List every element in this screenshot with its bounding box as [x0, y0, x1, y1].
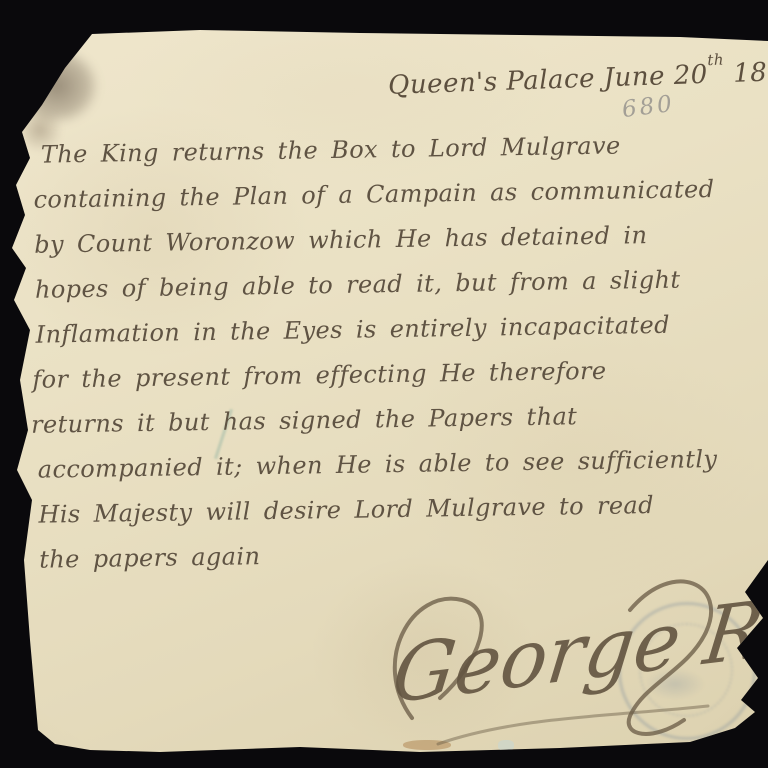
heading-year: 1805: [733, 57, 768, 89]
signature-block: George R: [378, 566, 738, 756]
photograph-background: Queen's Palace June 20th 1805 680 The Ki…: [0, 0, 768, 768]
heading-date: June 20: [603, 60, 708, 94]
letter-paper: Queen's Palace June 20th 1805 680 The Ki…: [0, 0, 768, 768]
letter-body: The King returns the Box to Lord Mulgrav…: [33, 121, 764, 582]
heading-ordinal: th: [707, 51, 724, 70]
